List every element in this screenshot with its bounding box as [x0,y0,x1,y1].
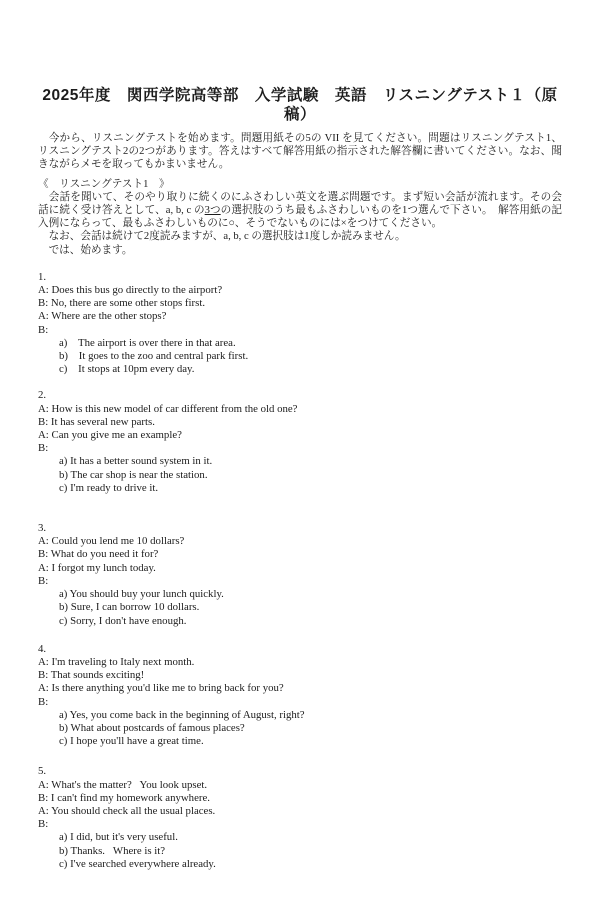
option-line: a) You should buy your lunch quickly. [38,588,562,601]
dialogue-line: B: [38,696,562,709]
section-heading: 《 リスニングテスト1 》 [38,178,562,191]
option-line: c) It stops at 10pm every day. [38,363,562,376]
dialogue-line: B: What do you need it for? [38,548,562,561]
question-dialogue: A: How is this new model of car differen… [38,403,562,456]
option-line: a) I did, but it's very useful. [38,831,562,844]
dialogue-line: B: [38,324,562,337]
option-line: a) It has a better sound system in it. [38,455,562,468]
option-line: b) Sure, I can borrow 10 dollars. [38,601,562,614]
question-number: 4. [38,643,562,656]
dialogue-line: A: How is this new model of car differen… [38,403,562,416]
question-options: a) The airport is over there in that are… [38,337,562,377]
option-line: c) I've searched everywhere already. [38,858,562,871]
question-item: 4. A: I'm traveling to Italy next month.… [38,643,562,749]
dialogue-line: B: [38,442,562,455]
question-dialogue: A: Does this bus go directly to the airp… [38,284,562,337]
dialogue-line: A: I'm traveling to Italy next month. [38,656,562,669]
question-item: 5. A: What's the matter? You look upset.… [38,765,562,871]
dialogue-line: A: Does this bus go directly to the airp… [38,284,562,297]
dialogue-line: B: It has several new parts. [38,416,562,429]
instructions-paragraph: 会話を聞いて、そのやり取りに続くのにふさわしい英文を選ぶ問題です。まず短い会話が… [38,191,562,231]
question-options: a) You should buy your lunch quickly.b) … [38,588,562,628]
question-dialogue: A: What's the matter? You look upset.B: … [38,779,562,832]
dialogue-line: A: Can you give me an example? [38,429,562,442]
question-options: a) I did, but it's very useful.b) Thanks… [38,831,562,871]
dialogue-line: A: You should check all the usual places… [38,805,562,818]
dialogue-line: B: I can't find my homework anywhere. [38,792,562,805]
page-title: 2025年度 関西学院高等部 入学試験 英語 リスニングテスト１（原稿） [38,86,562,124]
question-number: 5. [38,765,562,778]
option-line: b) The car shop is near the station. [38,469,562,482]
dialogue-line: B: [38,818,562,831]
dialogue-line: A: Could you lend me 10 dollars? [38,535,562,548]
question-item: 1. A: Does this bus go directly to the a… [38,271,562,377]
option-line: b) Thanks. Where is it? [38,845,562,858]
question-dialogue: A: I'm traveling to Italy next month.B: … [38,656,562,709]
question-number: 3. [38,522,562,535]
question-number: 1. [38,271,562,284]
start-line: では、始めます。 [38,244,562,257]
option-line: a) The airport is over there in that are… [38,337,562,350]
dialogue-line: B: No, there are some other stops first. [38,297,562,310]
question-dialogue: A: Could you lend me 10 dollars?B: What … [38,535,562,588]
question-item: 2. A: How is this new model of car diffe… [38,389,562,495]
dialogue-line: B: [38,575,562,588]
question-options: a) It has a better sound system in it.b)… [38,455,562,495]
option-line: c) Sorry, I don't have enough. [38,615,562,628]
dialogue-line: A: What's the matter? You look upset. [38,779,562,792]
option-line: a) Yes, you come back in the beginning o… [38,709,562,722]
dialogue-line: A: Where are the other stops? [38,310,562,323]
option-line: c) I'm ready to drive it. [38,482,562,495]
dialogue-line: A: Is there anything you'd like me to br… [38,682,562,695]
question-item: 3. A: Could you lend me 10 dollars?B: Wh… [38,522,562,628]
questions-list: 1. A: Does this bus go directly to the a… [38,271,562,871]
option-line: c) I hope you'll have a great time. [38,735,562,748]
dialogue-line: A: I forgot my lunch today. [38,562,562,575]
instructions-text-underlined: 3つ [205,205,221,216]
dialogue-line: B: That sounds exciting! [38,669,562,682]
question-options: a) Yes, you come back in the beginning o… [38,709,562,749]
intro-paragraph: 今から、リスニングテストを始めます。問題用紙その5の VII を見てください。問… [38,132,562,172]
exam-document-page: 2025年度 関西学院高等部 入学試験 英語 リスニングテスト１（原稿） 今から… [0,0,600,900]
option-line: b) What about postcards of famous places… [38,722,562,735]
question-number: 2. [38,389,562,402]
note-line: なお、会話は続けて2度読みますが、a, b, c の選択肢は1度しか読みません。 [38,230,562,243]
option-line: b) It goes to the zoo and central park f… [38,350,562,363]
